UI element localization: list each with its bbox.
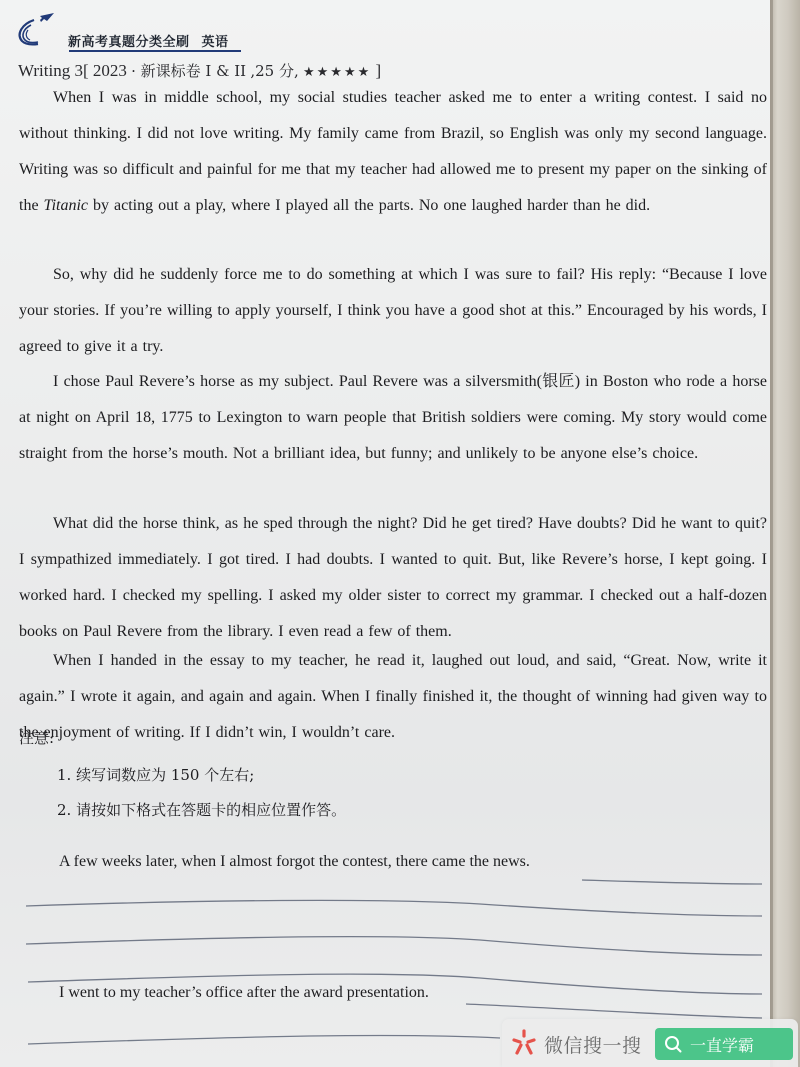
header-rule xyxy=(69,50,241,52)
paragraph-1: When I was in middle school, my social s… xyxy=(19,80,767,224)
answer-line xyxy=(26,937,762,955)
paragraph-1-text-b: by acting out a play, where I played all… xyxy=(88,197,650,214)
section-heading: Writing 3[ 2023 · 新课标卷 I & II ,25 分, ★★★… xyxy=(18,60,381,81)
notes-title: 注意: xyxy=(19,727,54,748)
paragraph-5: When I handed in the essay to my teacher… xyxy=(19,643,767,751)
paragraph-3-text: I chose Paul Revere’s horse as my subjec… xyxy=(19,373,767,462)
wechat-search-button[interactable]: 一直学霸 xyxy=(655,1028,793,1060)
book-subject: 英语 xyxy=(202,35,229,50)
wechat-search-bar[interactable]: 微信搜一搜 一直学霸 xyxy=(502,1019,798,1067)
continuation-prompt-1: A few weeks later, when I almost forgot … xyxy=(59,853,530,871)
paragraph-4: What did the horse think, as he sped thr… xyxy=(19,506,767,650)
paragraph-4-text: What did the horse think, as he sped thr… xyxy=(19,515,767,640)
paragraph-2-text: So, why did he suddenly force me to do s… xyxy=(19,266,767,355)
book-title: 新高考真题分类全刷英语 xyxy=(68,31,229,50)
paragraph-3: I chose Paul Revere’s horse as my subjec… xyxy=(19,364,767,472)
section-separator: · xyxy=(131,62,141,80)
plane-swoosh-icon xyxy=(14,10,56,48)
book-title-text: 新高考真题分类全刷 xyxy=(68,35,190,50)
section-score: ,25 分, xyxy=(250,62,298,80)
answer-line xyxy=(26,900,762,916)
wechat-search-query: 一直学霸 xyxy=(690,1033,754,1056)
running-header: 新高考真题分类全刷英语 xyxy=(14,10,229,50)
difficulty-stars: ★★★★★ xyxy=(303,65,371,80)
book-page-edge xyxy=(770,0,800,1067)
note-item-2: 2. 请按如下格式在答题卡的相应位置作答。 xyxy=(57,799,346,820)
titanic-italic: Titanic xyxy=(44,197,88,214)
paragraph-1-text-a: When I was in middle school, my social s… xyxy=(19,89,767,214)
answer-line xyxy=(582,880,762,884)
wechat-search-logo-icon xyxy=(512,1029,536,1055)
answer-line xyxy=(466,1004,762,1018)
answer-line xyxy=(28,1036,500,1044)
section-exam: 新课标卷 I & II xyxy=(141,62,246,80)
paragraph-2: So, why did he suddenly force me to do s… xyxy=(19,257,767,365)
section-year: 2023 xyxy=(93,61,127,80)
search-icon xyxy=(664,1035,682,1053)
note-item-1: 1. 续写词数应为 150 个左右; xyxy=(57,764,254,785)
book-page: 新高考真题分类全刷英语 Writing 3[ 2023 · 新课标卷 I & I… xyxy=(0,0,770,1067)
continuation-prompt-2: I went to my teacher’s office after the … xyxy=(59,984,429,1002)
section-label: Writing 3[ xyxy=(18,61,89,80)
section-close: ] xyxy=(376,61,382,80)
wechat-search-label: 微信搜一搜 xyxy=(544,1031,642,1058)
paragraph-5-text: When I handed in the essay to my teacher… xyxy=(19,652,767,741)
